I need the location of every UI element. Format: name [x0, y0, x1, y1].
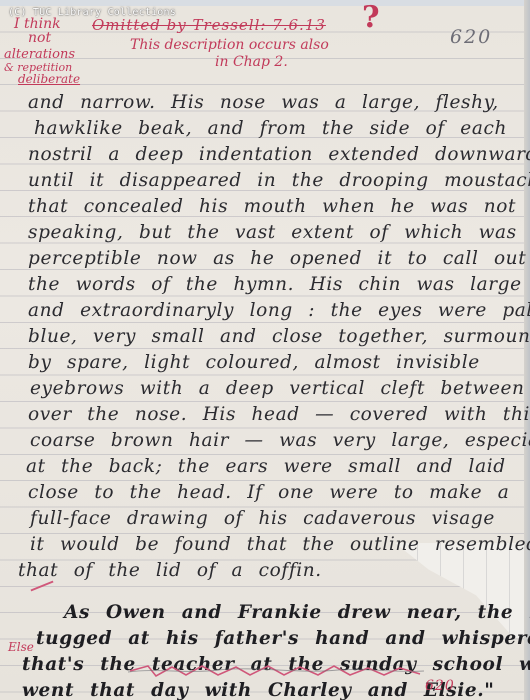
text-line: it would be found that the outline resem…: [30, 534, 530, 555]
text-line: As Owen and Frankie drew near, the boy: [64, 602, 530, 623]
text-line: close to the head. If one were to make a: [28, 482, 509, 503]
text-line: coarse brown hair — was very large, espe…: [30, 430, 530, 451]
text-line: eyebrows with a deep vertical cleft betw…: [30, 378, 530, 399]
page-top-edge: [0, 0, 530, 6]
text-line: blue, very small and close together, sur…: [28, 326, 530, 347]
text-line: the words of the hymn. His chin was larg…: [28, 274, 522, 295]
text-line: at the back; the ears were small and lai…: [26, 456, 506, 477]
text-line: tugged at his father's hand and whispere…: [36, 628, 530, 649]
text-line: hawklike beak, and from the side of each: [34, 118, 507, 139]
text-line: full-face drawing of his cadaverous visa…: [30, 508, 495, 529]
text-line: by spare, light coloured, almost invisib…: [28, 352, 480, 373]
text-line: over the nose. His head — covered with t…: [28, 404, 530, 425]
text-line: and extraordinaryly long : the eyes were…: [28, 300, 530, 321]
text-line: that of the lid of a coffin.: [18, 560, 322, 581]
note-description-line-1: This description occurs also: [130, 37, 329, 53]
text-line: went that day with Charley and Elsie.": [22, 680, 495, 700]
note-description-line-2: in Chap 2.: [215, 54, 288, 70]
question-mark: ?: [362, 0, 380, 35]
manuscript-page: (C) TUC Library Collections I think not …: [0, 0, 530, 700]
text-line: nostril a deep indentation extended down…: [28, 144, 530, 165]
margin-note-else: Else: [8, 640, 34, 654]
page-number-top: 620: [450, 26, 492, 48]
text-line: speaking, but the vast extent of which w…: [28, 222, 517, 243]
text-line: until it disappeared in the drooping mou…: [28, 170, 530, 191]
page-number-bottom: 620: [425, 678, 455, 694]
text-line: and narrow. His nose was a large, fleshy…: [28, 92, 499, 113]
page-right-edge: [524, 0, 530, 700]
struck-out-line-scribble: [128, 662, 428, 680]
text-line: that concealed his mouth when he was not: [28, 196, 516, 217]
margin-note-line-3: alterations: [4, 47, 75, 62]
margin-note-line-5: deliberate: [18, 72, 80, 86]
margin-note-line-2: not: [28, 30, 51, 46]
text-line: perceptible now as he opened it to call …: [28, 248, 526, 269]
struck-note-omitted: Omitted by Tressell: 7.6.13: [92, 16, 326, 34]
